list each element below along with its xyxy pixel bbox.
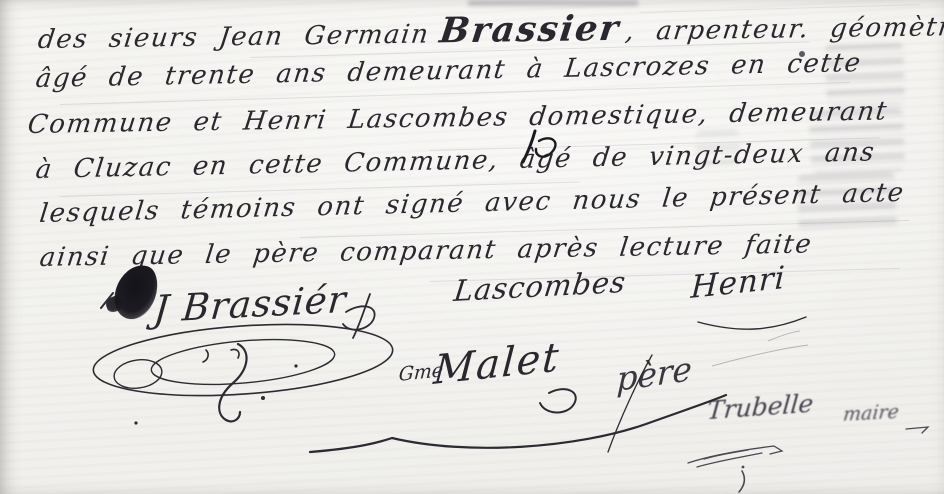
ink-dot [294,364,297,367]
signature-mayor: Trubelle [706,388,815,425]
mayor-scribble [688,446,782,463]
malet-end-loop [540,389,576,412]
line1-surname: Brassier [437,8,622,52]
signature-henri: Henri [690,260,786,306]
malet-underline-swash [310,395,726,452]
brassier-inner-marks [203,349,239,362]
signature-malet: Malet [432,334,562,394]
scan-smudge [468,0,638,6]
ink-dot [134,421,137,424]
scanned-document-page: des sieurs Jean GermainBrassier, arpente… [0,0,944,494]
brassier-flourish-curl [219,344,246,421]
faint-hairline [712,345,808,366]
henri-underline-tail [698,317,806,329]
signature-malet-title-pere: père [616,349,693,399]
mayor-scribble-2 [697,453,762,467]
brassier-flourish-left-loop [112,357,163,391]
brassier-flourish-inner [150,333,337,391]
faint-hairline-2 [768,331,800,341]
manuscript-line-6: ainsi que le père comparant après lectur… [38,229,814,273]
line1-pre: des sieurs Jean Germain [36,19,431,55]
mayor-trailing-dash [906,427,928,433]
bottom-pen-mark [739,471,744,492]
brassier-flourish-outer [91,316,395,405]
signature-brassier: J Brassiér [152,278,348,331]
ink-dot [261,396,265,400]
manuscript-line-3: Commune et Henri Lascombes domestique, d… [26,96,890,140]
manuscript-line-4: à Cluzac en cette Commune, âgé de vingt-… [34,137,877,185]
mayor-scribble-3 [704,450,748,459]
line1-post: , arpenteur. géomètre [624,12,944,47]
brassier-paraph [343,294,375,338]
signature-mayor-title-maire: maire [842,401,900,426]
signature-lascombes: Lascombes [452,265,628,308]
bottom-pen-dot [742,466,745,469]
